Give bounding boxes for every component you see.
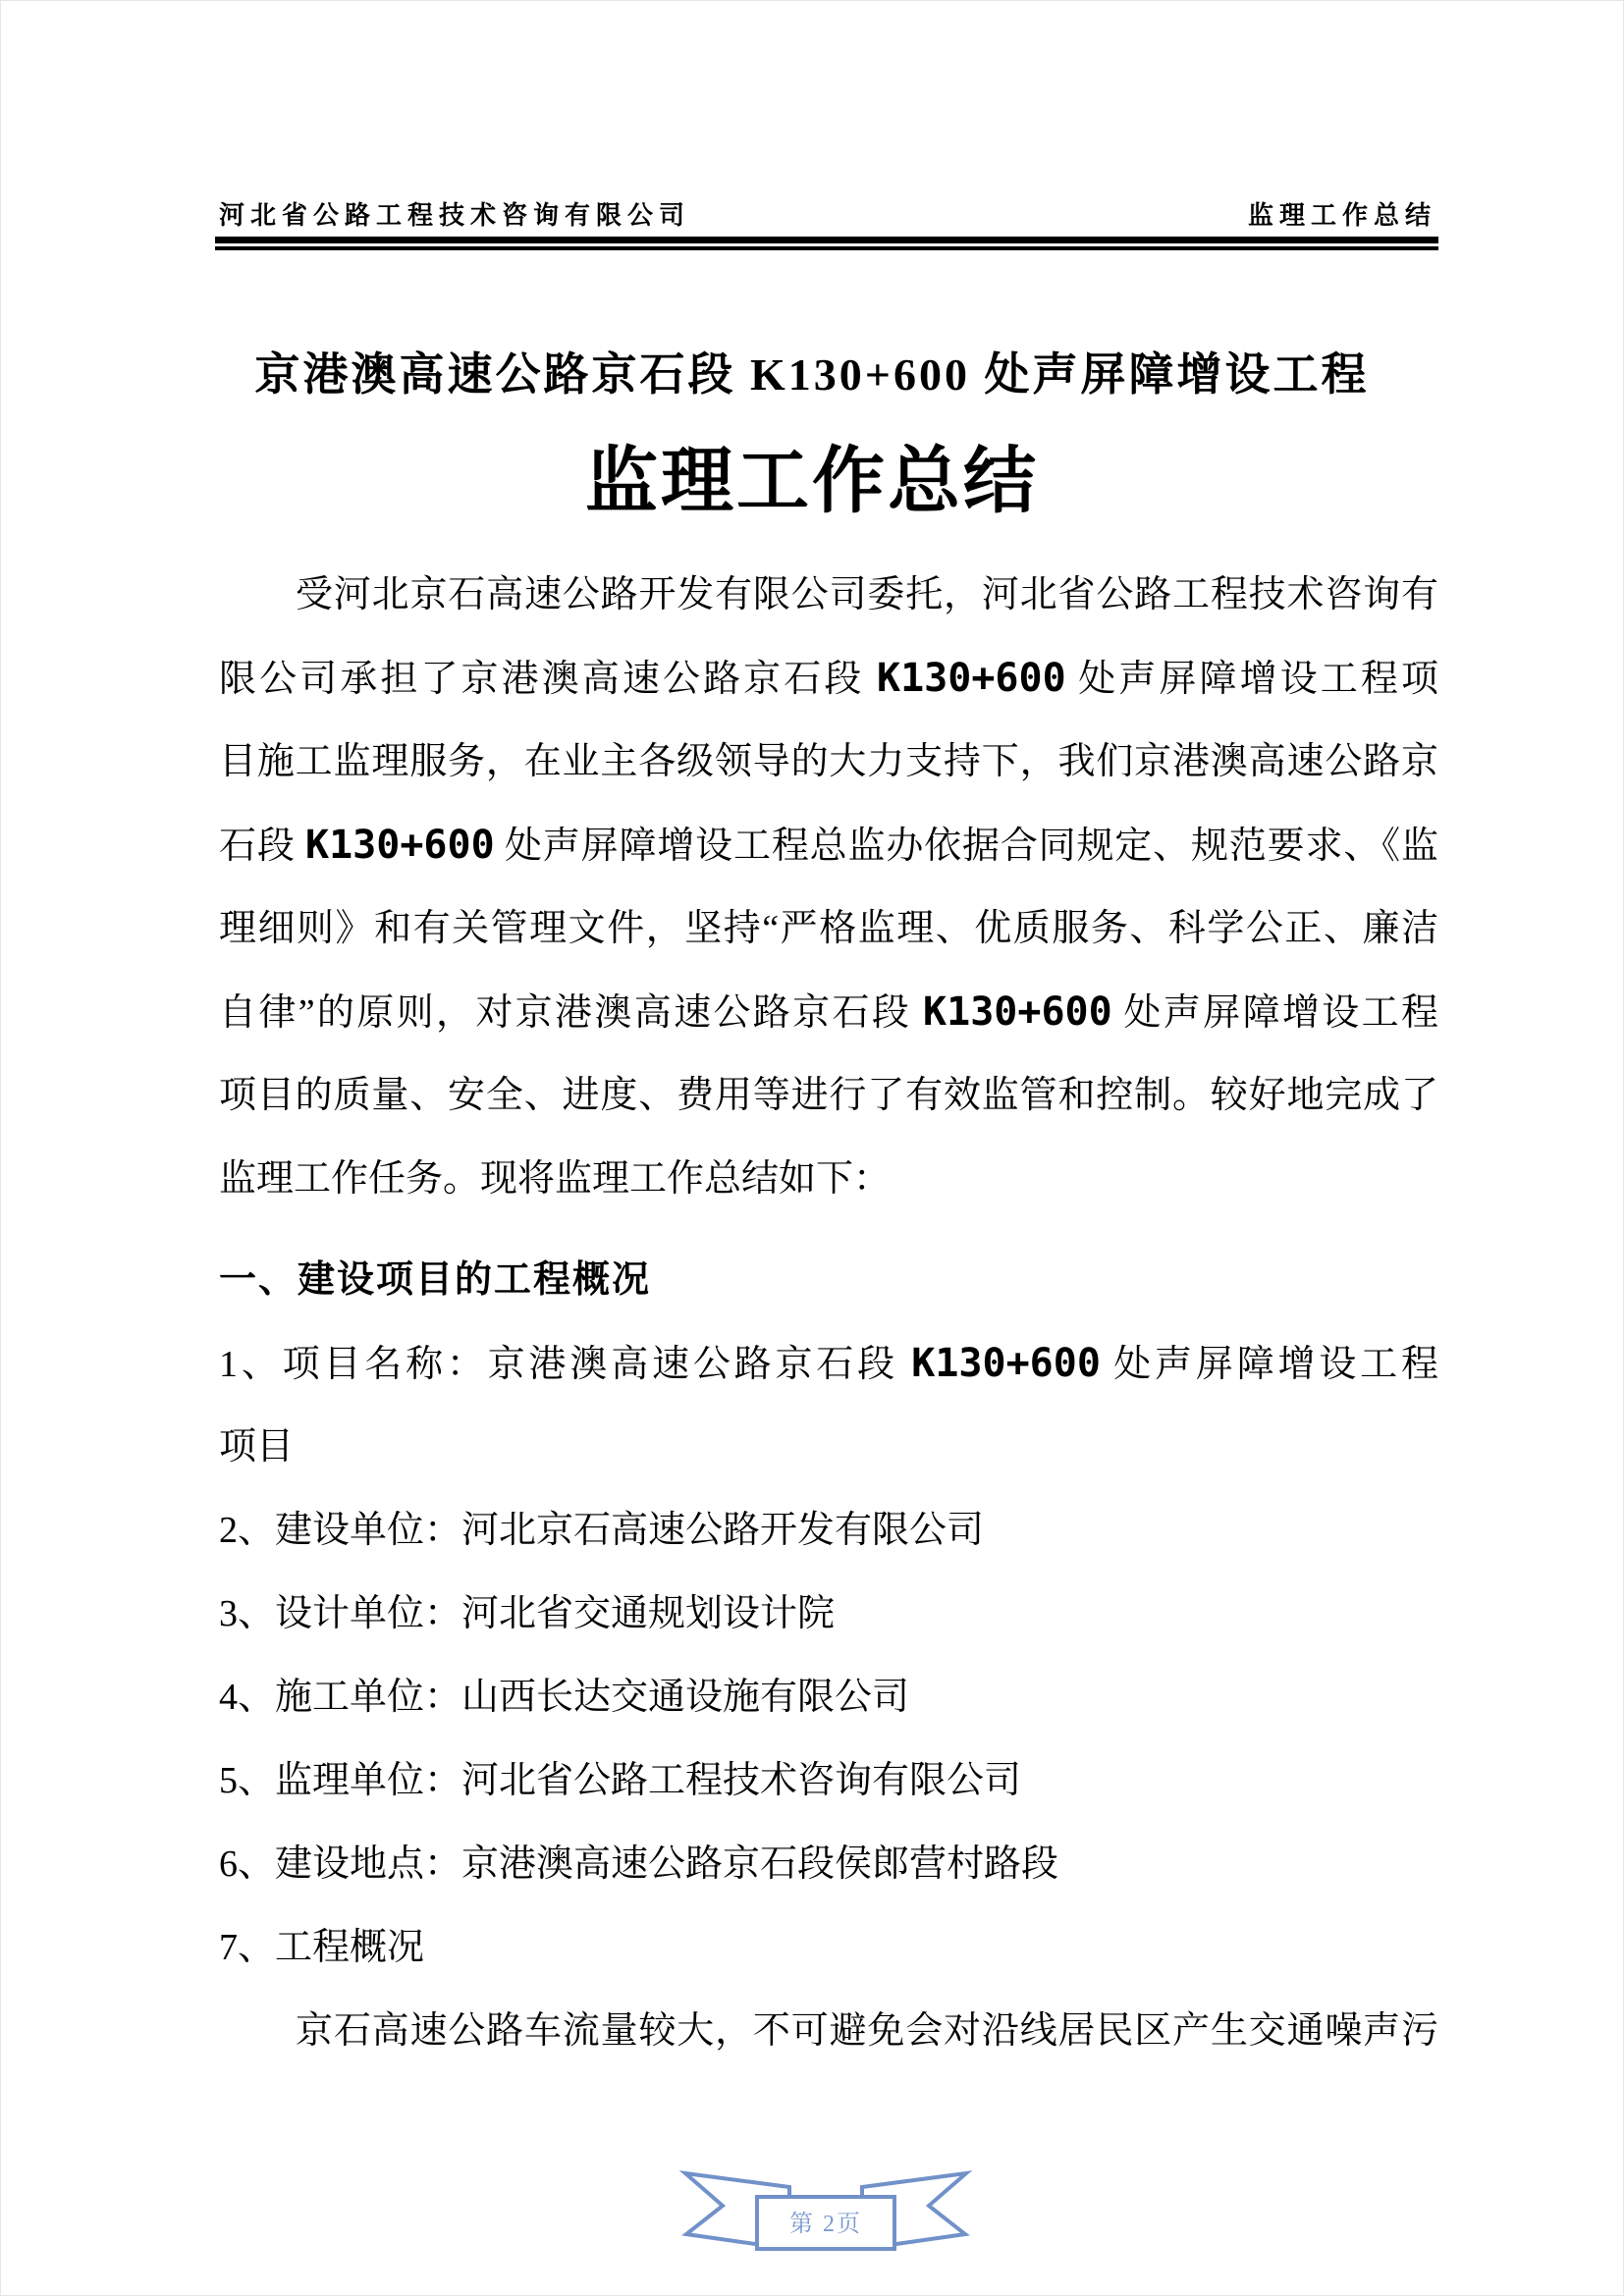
document-page: 河北省公路工程技术咨询有限公司 监理工作总结 京港澳高速公路京石段 K130+6… [0,0,1624,2296]
body-line: 项目的质量、安全、进度、费用等进行了有效监管和控制。较好地完成了 [219,1054,1438,1138]
page-header: 河北省公路工程技术咨询有限公司 监理工作总结 [219,195,1436,232]
body-line: 3、设计单位：河北省交通规划设计院 [219,1573,1438,1656]
station-number: K130+600 [923,989,1112,1035]
body-line: 京石高速公路车流量较大，不可避免会对沿线居民区产生交通噪声污 [219,1990,1438,2073]
page-number-banner: 第 2页 [649,2156,1002,2283]
body-line: 5、监理单位：河北省公路工程技术咨询有限公司 [219,1739,1438,1823]
body-text: 受河北京石高速公路开发有限公司委托，河北省公路工程技术咨询有限公司承担了京港澳高… [219,554,1438,2073]
project-title: 京港澳高速公路京石段 K130+600 处声屏障增设工程 [1,339,1623,403]
header-company-name: 河北省公路工程技术咨询有限公司 [219,195,690,232]
station-number: K130+600 [877,656,1066,701]
body-line: 自律”的原则，对京港澳高速公路京石段 K130+600 处声屏障增设工程 [219,971,1438,1054]
body-line: 2、建设单位：河北京石高速公路开发有限公司 [219,1489,1438,1573]
body-line: 6、建设地点：京港澳高速公路京石段侯郎营村路段 [219,1823,1438,1906]
body-line: 理细则》和有关管理文件，坚持“严格监理、优质服务、科学公正、廉洁 [219,887,1438,971]
body-line: 限公司承担了京港澳高速公路京石段 K130+600 处声屏障增设工程项 [219,637,1438,721]
body-line: 4、施工单位：山西长达交通设施有限公司 [219,1656,1438,1739]
body-line: 项目 [219,1406,1438,1489]
body-line: 石段 K130+600 处声屏障增设工程总监办依据合同规定、规范要求、《监 [219,804,1438,887]
body-line: 7、工程概况 [219,1906,1438,1990]
page-number-label: 第 2页 [789,2211,862,2237]
body-line: 监理工作任务。现将监理工作总结如下： [219,1138,1438,1221]
body-line: 受河北京石高速公路开发有限公司委托，河北省公路工程技术咨询有 [219,554,1438,637]
header-rule [215,237,1438,250]
header-doc-title: 监理工作总结 [1248,195,1436,232]
body-line: 目施工监理服务，在业主各级领导的大力支持下，我们京港澳高速公路京 [219,721,1438,804]
station-number: K130+600 [911,1341,1101,1386]
page-title: 监理工作总结 [1,423,1623,527]
body-line: 1、项目名称：京港澳高速公路京石段 K130+600 处声屏障增设工程 [219,1322,1438,1406]
station-number: K130+600 [305,823,495,868]
section-heading: 一、建设项目的工程概况 [219,1239,1438,1322]
